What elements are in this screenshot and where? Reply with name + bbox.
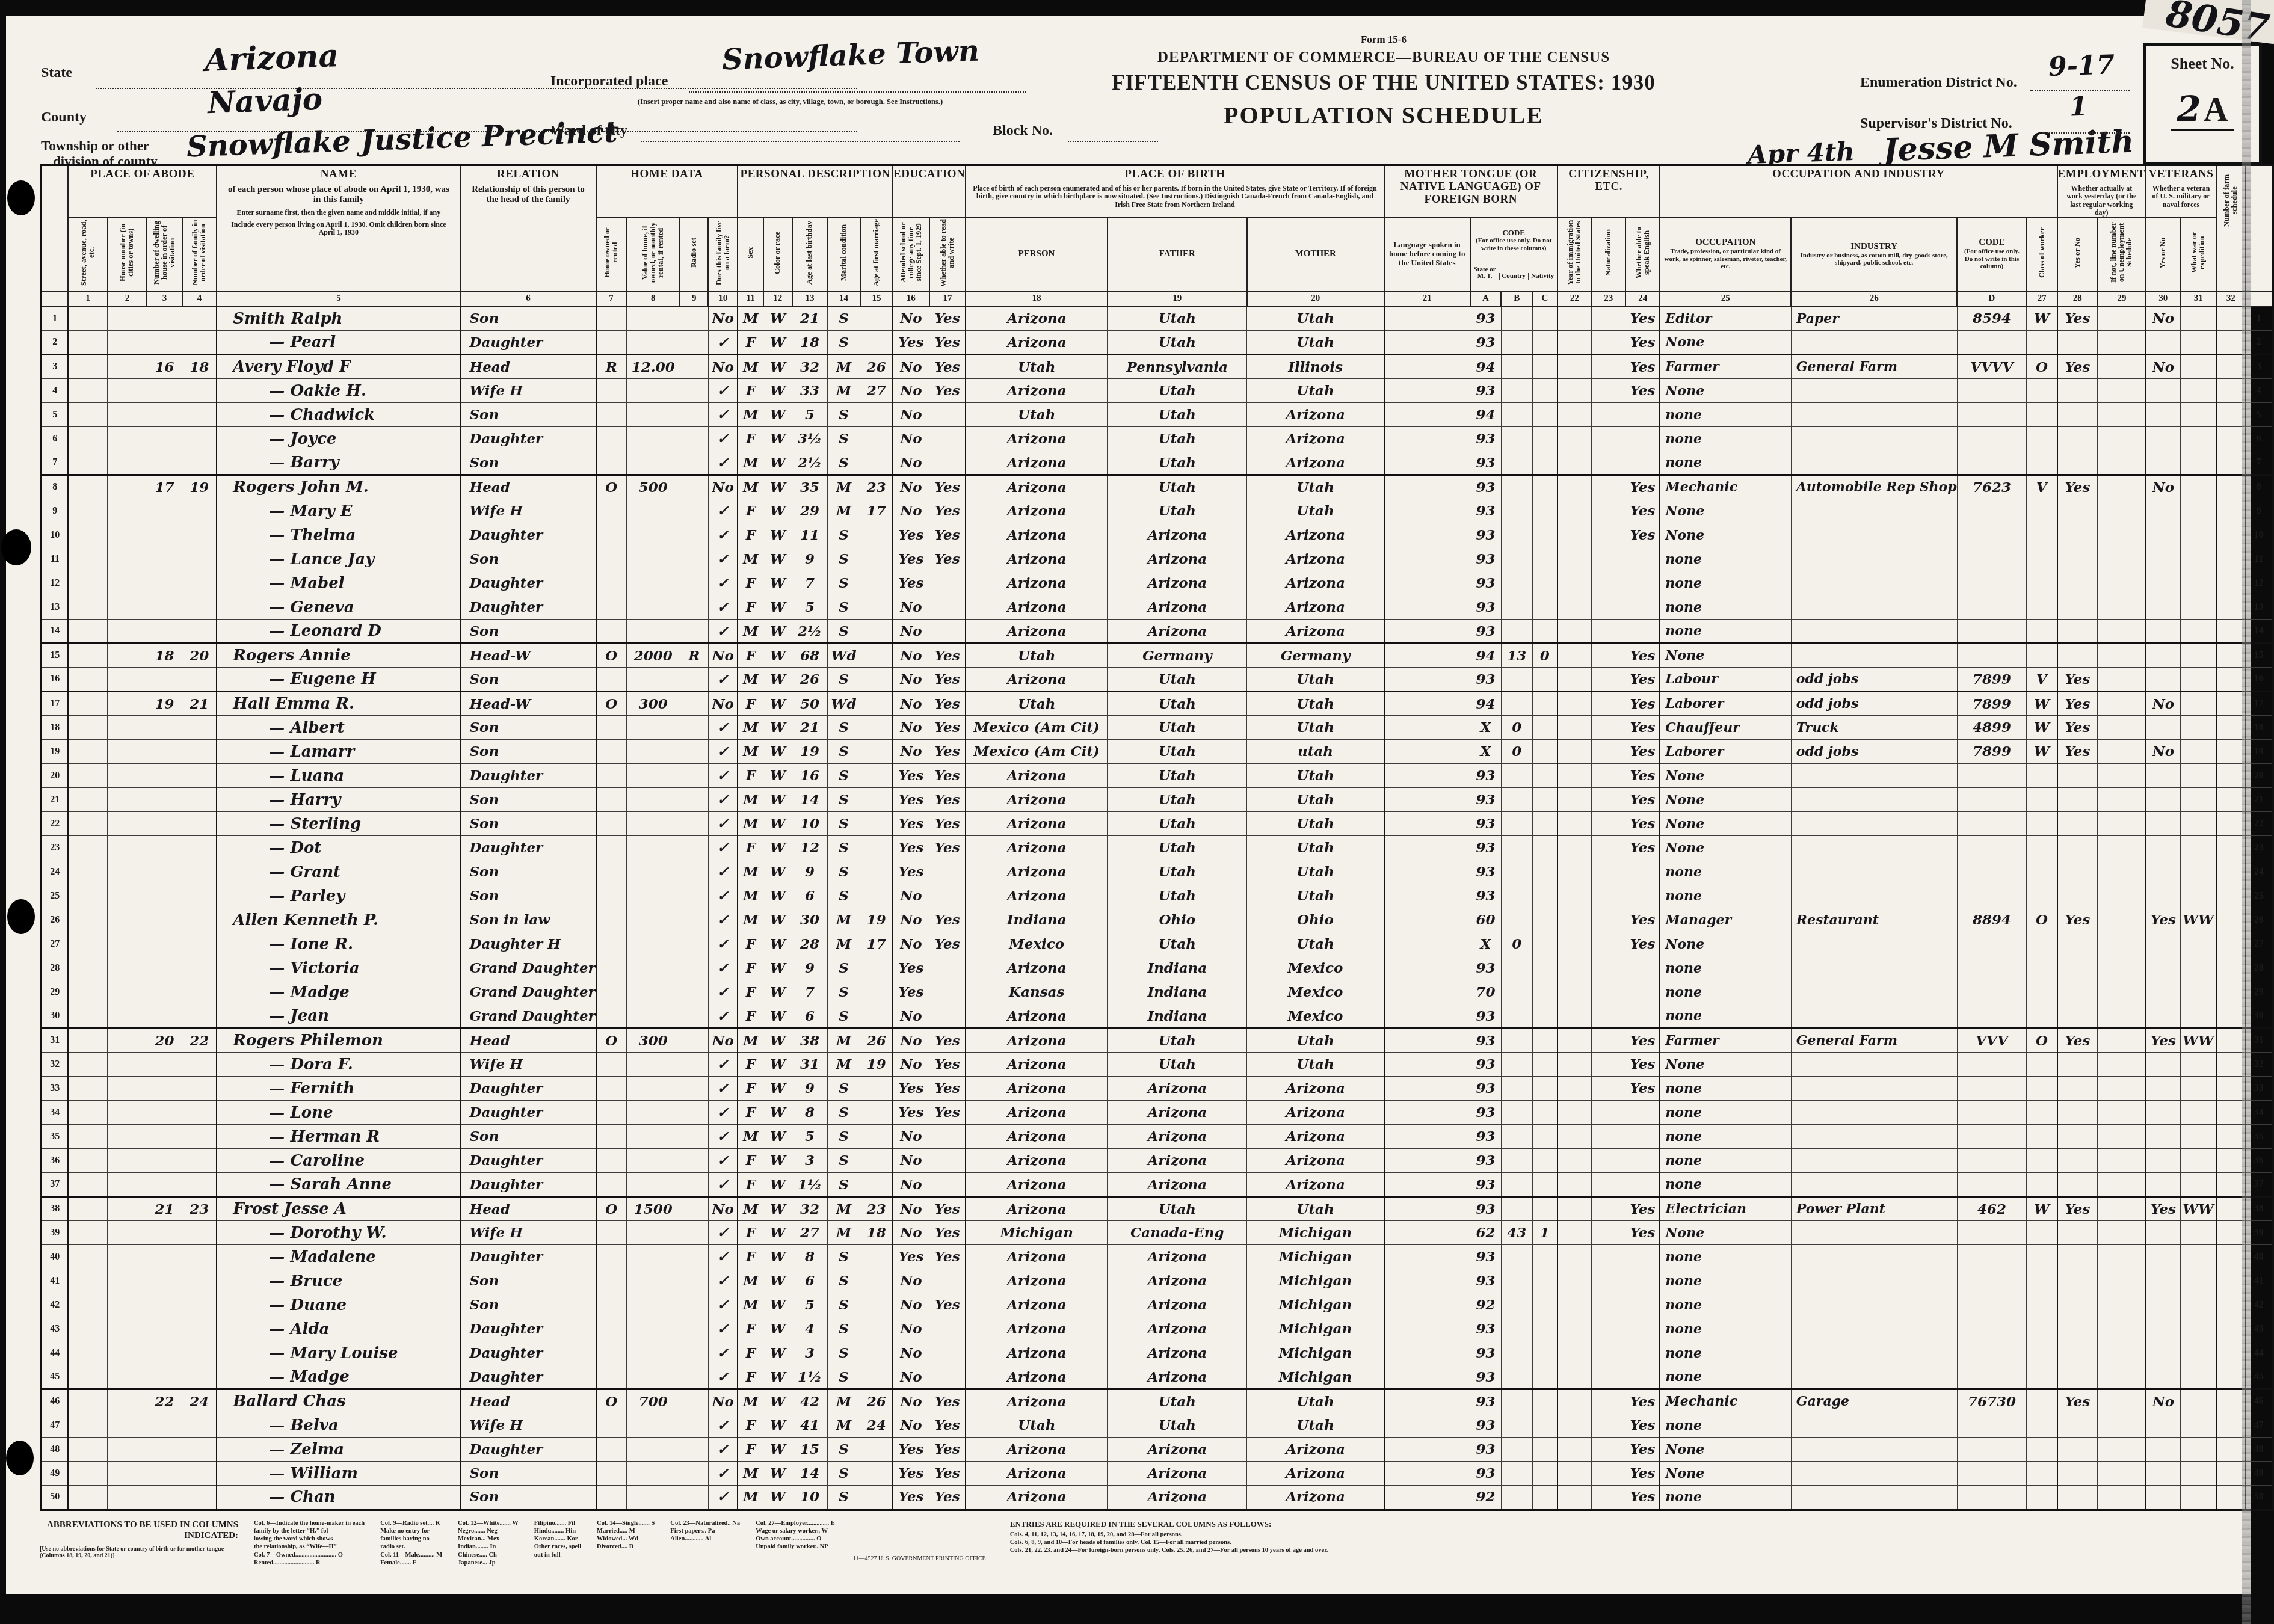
cell bbox=[1957, 451, 2027, 475]
cell: O bbox=[596, 1197, 627, 1221]
cell bbox=[860, 1486, 893, 1510]
cell bbox=[680, 1245, 708, 1269]
cell bbox=[1532, 1317, 1558, 1341]
column-number: 1 bbox=[68, 291, 107, 307]
cell: 27 bbox=[860, 379, 893, 403]
abbreviation-block: Col. 6—Indicate the home-maker in each f… bbox=[254, 1519, 365, 1567]
cell bbox=[108, 884, 147, 908]
cell bbox=[860, 1341, 893, 1365]
cell bbox=[680, 1125, 708, 1149]
cell: 26 bbox=[41, 908, 68, 932]
cell bbox=[2180, 860, 2216, 884]
cell bbox=[1384, 668, 1470, 692]
cell: 62 bbox=[1470, 1221, 1502, 1245]
cell: Yes bbox=[929, 1053, 966, 1077]
column-number: 23 bbox=[1592, 291, 1625, 307]
cell bbox=[860, 547, 893, 571]
cell: W bbox=[763, 595, 792, 620]
cell bbox=[1501, 1053, 1532, 1077]
cell: ✓ bbox=[708, 1317, 738, 1341]
punch-hole bbox=[7, 899, 35, 934]
cell: Utah bbox=[1247, 764, 1384, 788]
cell bbox=[108, 1149, 147, 1173]
cell: F bbox=[738, 1438, 763, 1462]
cell: O bbox=[2027, 355, 2057, 379]
cell bbox=[1532, 884, 1558, 908]
cell: W bbox=[763, 1173, 792, 1197]
cell: Avery Floyd F bbox=[217, 355, 460, 379]
cell bbox=[596, 1101, 627, 1125]
cell bbox=[680, 836, 708, 860]
cell: — Duane bbox=[217, 1293, 460, 1317]
cell: W bbox=[763, 379, 792, 403]
cell: none bbox=[1660, 980, 1791, 1004]
cell bbox=[2098, 788, 2146, 812]
cell: none bbox=[1660, 1293, 1791, 1317]
cell bbox=[1592, 451, 1625, 475]
cell bbox=[1957, 1004, 2027, 1029]
cell bbox=[1592, 1173, 1625, 1197]
cell bbox=[860, 716, 893, 740]
cell bbox=[1384, 1438, 1470, 1462]
cell: 93 bbox=[1470, 451, 1502, 475]
cell: S bbox=[827, 451, 860, 475]
cell bbox=[627, 1077, 680, 1101]
cell bbox=[1532, 1293, 1558, 1317]
cell: Indiana bbox=[1108, 956, 1247, 980]
cell bbox=[627, 788, 680, 812]
cell bbox=[860, 403, 893, 427]
cell: Arizona bbox=[1108, 1293, 1247, 1317]
cell: 46 bbox=[41, 1389, 68, 1413]
cell bbox=[2098, 980, 2146, 1004]
cell bbox=[1532, 403, 1558, 427]
cell bbox=[108, 547, 147, 571]
cell bbox=[2098, 1413, 2146, 1438]
cell: — Chan bbox=[217, 1486, 460, 1510]
cell: 93 bbox=[1470, 571, 1502, 595]
cell bbox=[2180, 956, 2216, 980]
cell bbox=[627, 908, 680, 932]
cell: No bbox=[2146, 692, 2180, 716]
cell bbox=[2146, 1149, 2180, 1173]
cell: 2000 bbox=[627, 644, 680, 668]
cell: Daughter bbox=[460, 1101, 596, 1125]
cell: Utah bbox=[1108, 716, 1247, 740]
cell: Yes bbox=[1625, 692, 1660, 716]
cell bbox=[680, 1004, 708, 1029]
table-row: 4— Oakie H.Wife H✓FW33M27NoYesArizonaUta… bbox=[41, 379, 2273, 403]
cell: None bbox=[1660, 788, 1791, 812]
cell bbox=[680, 1365, 708, 1389]
cell bbox=[1592, 764, 1625, 788]
cell: Utah bbox=[1108, 427, 1247, 451]
table-row: 35— Herman RSon✓MW5SNoArizonaArizonaAriz… bbox=[41, 1125, 2273, 1149]
cell bbox=[1625, 1125, 1660, 1149]
cell bbox=[1501, 788, 1532, 812]
cell bbox=[108, 788, 147, 812]
cell bbox=[1957, 1341, 2027, 1365]
cell: Mexico bbox=[1247, 1004, 1384, 1029]
cell: Utah bbox=[1108, 475, 1247, 499]
cell: S bbox=[827, 740, 860, 764]
cell: ✓ bbox=[708, 788, 738, 812]
cell: — Madge bbox=[217, 1365, 460, 1389]
cell: — Chadwick bbox=[217, 403, 460, 427]
cell bbox=[182, 1053, 217, 1077]
cell bbox=[1532, 1486, 1558, 1510]
cell bbox=[596, 547, 627, 571]
cell: None bbox=[1660, 1438, 1791, 1462]
cell bbox=[68, 523, 107, 547]
cell bbox=[2180, 451, 2216, 475]
cell bbox=[1384, 307, 1470, 331]
cell bbox=[2027, 980, 2057, 1004]
cell bbox=[860, 788, 893, 812]
cell bbox=[2057, 331, 2098, 355]
cell bbox=[147, 980, 182, 1004]
table-row: 6— JoyceDaughter✓FW3½SNoArizonaUtahArizo… bbox=[41, 427, 2273, 451]
cell bbox=[108, 475, 147, 499]
cell bbox=[147, 1125, 182, 1149]
cell: 43 bbox=[41, 1317, 68, 1341]
cell: Ohio bbox=[1247, 908, 1384, 932]
cell bbox=[2098, 499, 2146, 523]
cell: 7899 bbox=[1957, 740, 2027, 764]
cell: ✓ bbox=[708, 836, 738, 860]
cell bbox=[108, 1197, 147, 1221]
cell bbox=[1791, 523, 1957, 547]
cell bbox=[680, 740, 708, 764]
cell bbox=[860, 1125, 893, 1149]
cell bbox=[1501, 1413, 1532, 1438]
cell: 93 bbox=[1470, 620, 1502, 644]
cell: Arizona bbox=[966, 884, 1108, 908]
cell: Arizona bbox=[1247, 1438, 1384, 1462]
cell bbox=[860, 764, 893, 788]
cell bbox=[1384, 1029, 1470, 1053]
cell bbox=[2098, 355, 2146, 379]
cell: ✓ bbox=[708, 812, 738, 836]
cell: None bbox=[1660, 523, 1791, 547]
cell bbox=[1532, 1269, 1558, 1293]
cell: None bbox=[1660, 764, 1791, 788]
cell: 14 bbox=[792, 788, 827, 812]
cell bbox=[2180, 379, 2216, 403]
cell bbox=[1384, 1077, 1470, 1101]
cell: Michigan bbox=[1247, 1221, 1384, 1245]
cell: Arizona bbox=[1108, 595, 1247, 620]
cell bbox=[2098, 860, 2146, 884]
cell: W bbox=[763, 307, 792, 331]
cell: none bbox=[1660, 1486, 1791, 1510]
cell bbox=[2146, 1462, 2180, 1486]
cell: none bbox=[1660, 1245, 1791, 1269]
column-number: 13 bbox=[792, 291, 827, 307]
cell bbox=[1532, 379, 1558, 403]
cell bbox=[596, 1462, 627, 1486]
cell: — Harry bbox=[217, 788, 460, 812]
cell: Arizona bbox=[966, 1149, 1108, 1173]
cell bbox=[1558, 1389, 1592, 1413]
cell bbox=[2180, 884, 2216, 908]
punch-hole bbox=[6, 1441, 34, 1475]
cell bbox=[2180, 1365, 2216, 1389]
cell bbox=[2027, 1317, 2057, 1341]
cell bbox=[1592, 932, 1625, 956]
cell bbox=[1558, 1077, 1592, 1101]
column-number bbox=[41, 291, 68, 307]
cell: Utah bbox=[1108, 331, 1247, 355]
cell: Yes bbox=[2057, 692, 2098, 716]
cell: 0 bbox=[1501, 932, 1532, 956]
cell: Arizona bbox=[1247, 403, 1384, 427]
cell bbox=[147, 1221, 182, 1245]
cell bbox=[2098, 1197, 2146, 1221]
cell bbox=[2057, 956, 2098, 980]
cell bbox=[596, 764, 627, 788]
cell bbox=[68, 836, 107, 860]
column-number: 27 bbox=[2027, 291, 2057, 307]
cell bbox=[147, 1101, 182, 1125]
cell bbox=[2027, 1438, 2057, 1462]
cell bbox=[1558, 788, 1592, 812]
cell bbox=[596, 1221, 627, 1245]
table-row: 26Allen Kenneth P.Son in law✓MW30M19NoYe… bbox=[41, 908, 2273, 932]
cell bbox=[108, 1029, 147, 1053]
cell bbox=[1558, 956, 1592, 980]
cell: ✓ bbox=[708, 1293, 738, 1317]
cell bbox=[1558, 1486, 1592, 1510]
cell bbox=[596, 980, 627, 1004]
cell bbox=[860, 620, 893, 644]
cell bbox=[1791, 1077, 1957, 1101]
cell: None bbox=[1660, 1221, 1791, 1245]
table-row: 462224Ballard ChasHeadO700NoMW42M26NoYes… bbox=[41, 1389, 2273, 1413]
cell: Head bbox=[460, 1389, 596, 1413]
cell bbox=[68, 1125, 107, 1149]
cell bbox=[147, 1486, 182, 1510]
cell: Arizona bbox=[966, 1341, 1108, 1365]
cell: No bbox=[893, 1389, 929, 1413]
cell bbox=[1625, 860, 1660, 884]
cell bbox=[1791, 571, 1957, 595]
cell: 0 bbox=[1501, 740, 1532, 764]
cell: Arizona bbox=[1108, 1269, 1247, 1293]
cell: 2½ bbox=[792, 620, 827, 644]
cell bbox=[2027, 595, 2057, 620]
cell bbox=[147, 1173, 182, 1197]
cell bbox=[680, 379, 708, 403]
cell: ✓ bbox=[708, 956, 738, 980]
cell bbox=[182, 1101, 217, 1125]
cell bbox=[680, 1101, 708, 1125]
cell: W bbox=[763, 1341, 792, 1365]
cell: Arizona bbox=[1108, 620, 1247, 644]
cell: No bbox=[893, 499, 929, 523]
cell: W bbox=[763, 1221, 792, 1245]
cell: 9 bbox=[41, 499, 68, 523]
cell bbox=[68, 716, 107, 740]
cell: none bbox=[1660, 1149, 1791, 1173]
cell: 2½ bbox=[792, 451, 827, 475]
cell: — Lamarr bbox=[217, 740, 460, 764]
cell bbox=[108, 1125, 147, 1149]
cell bbox=[1384, 427, 1470, 451]
cell bbox=[627, 1221, 680, 1245]
cell: None bbox=[1660, 644, 1791, 668]
cell: Daughter bbox=[460, 1149, 596, 1173]
cell bbox=[2180, 475, 2216, 499]
cell: No bbox=[708, 692, 738, 716]
cell bbox=[68, 1269, 107, 1293]
cell bbox=[596, 307, 627, 331]
cell bbox=[1384, 1149, 1470, 1173]
column-number: 10 bbox=[708, 291, 738, 307]
cell: 93 bbox=[1470, 1053, 1502, 1077]
cell bbox=[1625, 1317, 1660, 1341]
cell bbox=[1592, 475, 1625, 499]
cell: ✓ bbox=[708, 547, 738, 571]
cell bbox=[1791, 499, 1957, 523]
cell: M bbox=[738, 403, 763, 427]
cell bbox=[1558, 1053, 1592, 1077]
cell: Utah bbox=[1247, 379, 1384, 403]
cell: No bbox=[2146, 355, 2180, 379]
cell bbox=[596, 860, 627, 884]
cell bbox=[1957, 1125, 2027, 1149]
cell: Wife H bbox=[460, 499, 596, 523]
cell bbox=[627, 379, 680, 403]
cell bbox=[182, 1462, 217, 1486]
cell bbox=[1558, 331, 1592, 355]
cell bbox=[2098, 668, 2146, 692]
cell bbox=[1791, 1221, 1957, 1245]
cell bbox=[1791, 1317, 1957, 1341]
cell: ✓ bbox=[708, 620, 738, 644]
cell: Yes bbox=[1625, 1438, 1660, 1462]
cell bbox=[1957, 1149, 2027, 1173]
cell bbox=[1501, 1077, 1532, 1101]
cell: Yes bbox=[893, 956, 929, 980]
cell: 1500 bbox=[627, 1197, 680, 1221]
cell: Yes bbox=[929, 740, 966, 764]
cell bbox=[68, 1029, 107, 1053]
cell: Arizona bbox=[966, 1438, 1108, 1462]
column-group: PERSONAL DESCRIPTION bbox=[738, 165, 893, 218]
cell bbox=[68, 331, 107, 355]
cell bbox=[182, 1365, 217, 1389]
cell bbox=[68, 571, 107, 595]
cell bbox=[68, 1486, 107, 1510]
cell: 3½ bbox=[792, 427, 827, 451]
table-row: 7— BarrySon✓MW2½SNoArizonaUtahArizona93n… bbox=[41, 451, 2273, 475]
cell: Yes bbox=[929, 692, 966, 716]
column-number: D bbox=[1957, 291, 2027, 307]
cell bbox=[627, 1245, 680, 1269]
cell: W bbox=[763, 1101, 792, 1125]
cell bbox=[147, 884, 182, 908]
cell bbox=[2146, 620, 2180, 644]
cell bbox=[1384, 1341, 1470, 1365]
cell bbox=[2180, 1077, 2216, 1101]
cell: W bbox=[763, 860, 792, 884]
cell bbox=[1592, 788, 1625, 812]
cell bbox=[1957, 788, 2027, 812]
cell: Utah bbox=[1108, 860, 1247, 884]
cell bbox=[68, 1438, 107, 1462]
cell bbox=[2057, 403, 2098, 427]
table-row: 18— AlbertSon✓MW21SNoYesMexico (Am Cit)U… bbox=[41, 716, 2273, 740]
cell: Utah bbox=[1247, 692, 1384, 716]
cell: Utah bbox=[966, 644, 1108, 668]
cell bbox=[2180, 1245, 2216, 1269]
cell bbox=[2057, 1365, 2098, 1389]
cell: No bbox=[893, 1029, 929, 1053]
cell bbox=[2146, 1293, 2180, 1317]
cell: none bbox=[1660, 1413, 1791, 1438]
cell: M bbox=[738, 1389, 763, 1413]
cell: 19 bbox=[182, 475, 217, 499]
cell: S bbox=[827, 307, 860, 331]
cell bbox=[2146, 1486, 2180, 1510]
cell: Daughter bbox=[460, 427, 596, 451]
cell bbox=[2027, 451, 2057, 475]
cell: — Bruce bbox=[217, 1269, 460, 1293]
cell: 8 bbox=[792, 1245, 827, 1269]
cell bbox=[108, 908, 147, 932]
cell bbox=[1532, 1149, 1558, 1173]
cell bbox=[2098, 1269, 2146, 1293]
column-header: Whether able to speak English bbox=[1625, 218, 1660, 291]
cell: Grand Daughter bbox=[460, 956, 596, 980]
column-header: Class of worker bbox=[2027, 218, 2057, 291]
cell bbox=[1625, 1149, 1660, 1173]
cell bbox=[68, 788, 107, 812]
column-number: 29 bbox=[2098, 291, 2146, 307]
cell bbox=[1384, 1269, 1470, 1293]
cell bbox=[1957, 499, 2027, 523]
cell bbox=[147, 716, 182, 740]
cell: No bbox=[893, 716, 929, 740]
cell: F bbox=[738, 1365, 763, 1389]
cell bbox=[2098, 427, 2146, 451]
cell: Daughter bbox=[460, 595, 596, 620]
cell bbox=[1501, 1365, 1532, 1389]
cell bbox=[1558, 860, 1592, 884]
cell bbox=[108, 1053, 147, 1077]
cell bbox=[147, 932, 182, 956]
cell: 22 bbox=[182, 1029, 217, 1053]
cell bbox=[2027, 1245, 2057, 1269]
cell: — Thelma bbox=[217, 523, 460, 547]
cell bbox=[680, 692, 708, 716]
cell bbox=[1532, 1101, 1558, 1125]
cell bbox=[1592, 1462, 1625, 1486]
cell bbox=[1625, 884, 1660, 908]
cell: — Victoria bbox=[217, 956, 460, 980]
cell: Arizona bbox=[1247, 1125, 1384, 1149]
cell: None bbox=[1660, 836, 1791, 860]
cell: S bbox=[827, 836, 860, 860]
cell bbox=[182, 1341, 217, 1365]
cell bbox=[1532, 860, 1558, 884]
cell: F bbox=[738, 499, 763, 523]
cell: W bbox=[2027, 307, 2057, 331]
cell: Editor bbox=[1660, 307, 1791, 331]
cell: M bbox=[738, 788, 763, 812]
cell: 33 bbox=[792, 379, 827, 403]
